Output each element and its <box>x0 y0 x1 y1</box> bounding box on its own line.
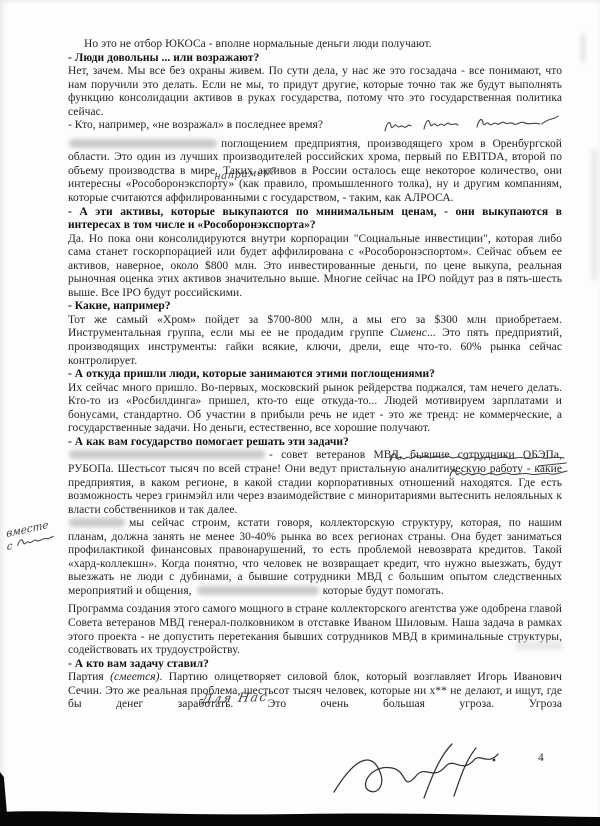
signature <box>328 742 508 804</box>
document-page: Но это не отбор ЮКОСа - вполне нормальны… <box>0 0 600 826</box>
answer-state-task: Нет, зачем. Мы все без охраны живем. По … <box>68 65 562 119</box>
redaction-blur <box>69 518 125 527</box>
handwritten-scrawl-top <box>382 114 562 142</box>
handwritten-task-note: Для Нас <box>201 689 270 706</box>
answer-chrome-price: Тот же самый «Хром» пойдет за $700-800 м… <box>68 314 562 368</box>
intro-paragraph: Но это не отбор ЮКОСа - вполне нормальны… <box>68 38 562 52</box>
redaction-blur <box>69 139 217 148</box>
scan-smudge <box>581 34 585 62</box>
handwritten-scrawl-mid <box>388 448 570 486</box>
handwritten-margin-note: вместе с <box>6 519 55 554</box>
question-people-happy: - Люди довольны ... или возражают? <box>68 52 562 66</box>
laughs-italic: (смеется) <box>110 671 159 683</box>
question-which-ipo: - Какие, например? <box>68 300 562 314</box>
question-where-people-from: - А откуда пришли люди, которые занимают… <box>68 368 562 382</box>
answer-chrome-takeover: поглощением предприятия, производящего х… <box>68 138 562 206</box>
answer-text: Партия <box>68 671 110 683</box>
scan-bottom-edge <box>0 808 600 826</box>
answer-collector-structure: мы сейчас строим, кстати говоря, коллект… <box>68 517 562 598</box>
page-number: 4 <box>538 752 544 764</box>
answer-text: мы сейчас строим, кстати говоря, коллект… <box>68 517 562 597</box>
answer-social-investments: Да. Но пока они консолидируются внутри к… <box>68 233 562 301</box>
scan-smudge <box>515 641 563 650</box>
redaction-blur <box>197 586 319 595</box>
company-name-italic: Сименс <box>390 327 427 339</box>
answer-raiders-market: Их сейчас много пришло. Во-первых, моско… <box>68 382 562 436</box>
paragraph-program-shilov: Программа создания этого самого мощного … <box>68 603 562 657</box>
scan-smudge <box>591 150 598 280</box>
redaction-blur <box>69 450 265 459</box>
answer-text: которые будут помогать. <box>323 585 444 597</box>
question-assets-buyout: - А эти активы, которые выкупаются по ми… <box>68 206 562 233</box>
margin-note-line2: с <box>7 540 13 553</box>
answer-party-sechin: Партия (смеется). Партию олицетворяет си… <box>68 671 562 712</box>
question-who-set-task: - А кто вам задачу ставил? <box>68 658 562 672</box>
